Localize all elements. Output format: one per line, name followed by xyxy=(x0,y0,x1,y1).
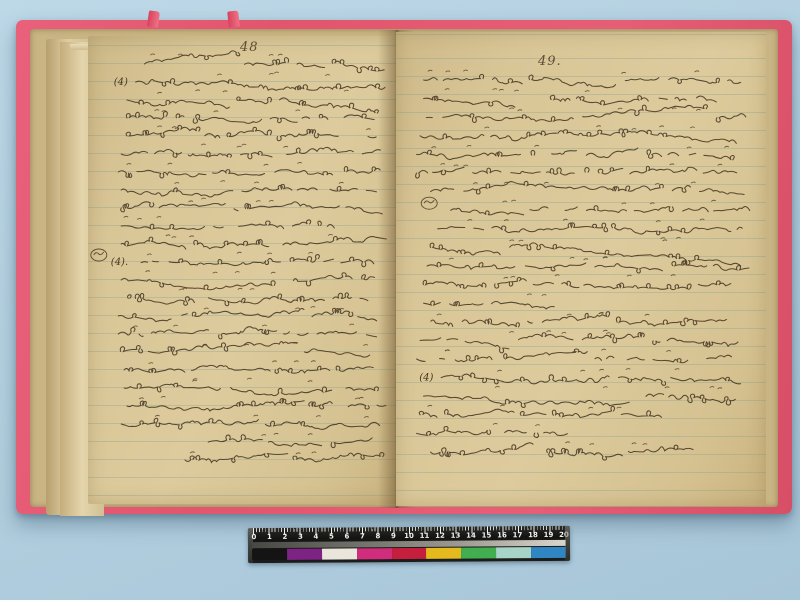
diacritic-stroke xyxy=(562,332,567,333)
handwritten-line xyxy=(424,301,555,309)
diacritic-stroke xyxy=(428,70,433,71)
diacritic-stroke xyxy=(262,325,267,326)
handwritten-line xyxy=(416,166,737,178)
diacritic-stroke xyxy=(567,314,572,315)
diacritic-stroke xyxy=(599,369,604,370)
ruler-number: 1 xyxy=(264,533,274,542)
diacritic-stroke xyxy=(695,71,700,72)
diacritic-stroke xyxy=(666,351,671,352)
handwritten-line xyxy=(431,443,693,460)
diacritic-stroke xyxy=(137,218,142,219)
diacritic-stroke xyxy=(659,126,664,127)
ruler-color-patches xyxy=(252,547,566,560)
diacritic-stroke xyxy=(312,452,317,453)
handwritten-line xyxy=(431,312,727,327)
diacritic-stroke xyxy=(696,109,701,110)
handwritten-line xyxy=(124,365,373,373)
diacritic-stroke xyxy=(493,423,498,424)
circled-annotation-scribble xyxy=(424,200,434,203)
color-patch xyxy=(461,547,496,558)
handwritten-line xyxy=(121,202,382,214)
diacritic-stroke xyxy=(221,181,226,182)
diacritic-stroke xyxy=(632,443,637,444)
diacritic-stroke xyxy=(601,349,606,350)
circled-annotation-scribble xyxy=(94,252,104,255)
handwritten-line xyxy=(121,236,386,249)
diacritic-stroke xyxy=(245,344,250,345)
diacritic-stroke xyxy=(497,370,502,371)
diacritic-stroke xyxy=(504,277,509,278)
diacritic-stroke xyxy=(157,92,162,93)
handwritten-line xyxy=(424,95,717,107)
diacritic-stroke xyxy=(622,203,627,204)
diacritic-stroke xyxy=(724,146,729,147)
diacritic-stroke xyxy=(535,145,540,146)
handwritten-line xyxy=(126,125,376,140)
diacritic-stroke xyxy=(364,417,369,418)
diacritic-stroke xyxy=(256,201,261,202)
margin-note: (4) xyxy=(114,77,128,88)
diacritic-stroke xyxy=(509,108,514,109)
diacritic-stroke xyxy=(700,219,705,220)
handwritten-line xyxy=(118,308,376,321)
diacritic-stroke xyxy=(192,380,197,381)
diacritic-stroke xyxy=(656,221,661,222)
diacritic-stroke xyxy=(485,127,490,128)
diacritic-stroke xyxy=(214,111,219,112)
diacritic-stroke xyxy=(166,235,171,236)
diacritic-stroke xyxy=(316,416,321,417)
diacritic-stroke xyxy=(665,387,670,388)
diacritic-stroke xyxy=(296,110,301,111)
diacritic-stroke xyxy=(718,164,723,165)
diacritic-stroke xyxy=(339,308,344,309)
diacritic-stroke xyxy=(366,129,371,130)
handwritten-line xyxy=(121,184,376,197)
diacritic-stroke xyxy=(278,54,283,55)
calibration-ruler: 01234567891011121314151617181920 xyxy=(248,526,570,563)
diacritic-stroke xyxy=(262,435,267,436)
diacritic-stroke xyxy=(168,163,173,164)
diacritic-stroke xyxy=(675,369,680,370)
ribbon-tab xyxy=(227,10,240,27)
diacritic-stroke xyxy=(269,55,274,56)
ruler-number: 14 xyxy=(466,532,476,541)
diacritic-stroke xyxy=(596,126,601,127)
diacritic-stroke xyxy=(632,129,637,130)
diacritic-stroke xyxy=(580,370,585,371)
handwritten-line xyxy=(424,394,736,408)
color-patch xyxy=(531,547,566,558)
diacritic-stroke xyxy=(606,333,611,334)
diacritic-stroke xyxy=(690,127,695,128)
diacritic-stroke xyxy=(563,219,568,220)
color-patch xyxy=(392,548,427,559)
diacritic-stroke xyxy=(518,110,523,111)
margin-note: (4) xyxy=(419,373,433,384)
diacritic-stroke xyxy=(437,314,442,315)
diacritic-stroke xyxy=(157,126,162,127)
diacritic-stroke xyxy=(267,253,272,254)
diacritic-stroke xyxy=(204,308,209,309)
handwritten-line xyxy=(426,105,745,123)
diacritic-stroke xyxy=(201,198,206,199)
diacritic-stroke xyxy=(584,259,589,260)
diacritic-stroke xyxy=(193,379,198,380)
diacritic-stroke xyxy=(250,289,255,290)
handwriting-tamil-left: (4)(4). xyxy=(88,36,396,504)
circled-annotation xyxy=(421,197,437,209)
diacritic-stroke xyxy=(247,378,252,379)
diacritic-stroke xyxy=(626,369,631,370)
ruler-number: 3 xyxy=(295,533,305,542)
diacritic-stroke xyxy=(271,272,276,273)
page-right: 49. (4) xyxy=(396,32,766,506)
diacritic-stroke xyxy=(237,252,242,253)
diacritic-stroke xyxy=(627,275,632,276)
handwritten-line xyxy=(424,74,741,87)
diacritic-stroke xyxy=(235,272,240,273)
ruler-number: 17 xyxy=(512,531,522,540)
diacritic-stroke xyxy=(237,146,242,147)
diacritic-stroke xyxy=(603,257,608,258)
diacritic-stroke xyxy=(519,240,524,241)
handwritten-line xyxy=(128,293,368,306)
diacritic-stroke xyxy=(718,388,723,389)
diacritic-stroke xyxy=(325,75,330,76)
diacritic-stroke xyxy=(645,314,650,315)
diacritic-stroke xyxy=(189,236,194,237)
handwritten-line xyxy=(136,79,385,91)
handwritten-line xyxy=(118,327,376,339)
handwritten-line xyxy=(121,273,374,290)
handwritten-line xyxy=(118,167,380,178)
diacritic-stroke xyxy=(463,165,468,166)
diacritic-stroke xyxy=(672,108,677,109)
diacritic-stroke xyxy=(274,72,279,73)
diacritic-stroke xyxy=(272,361,277,362)
diacritic-stroke xyxy=(189,201,194,202)
diacritic-stroke xyxy=(133,326,138,327)
handwritten-line xyxy=(185,453,384,463)
diacritic-stroke xyxy=(284,146,289,147)
diacritic-stroke xyxy=(254,415,259,416)
ruler-number: 6 xyxy=(342,532,352,541)
diacritic-stroke xyxy=(570,257,575,258)
diacritic-stroke xyxy=(589,407,594,408)
diacritic-stroke xyxy=(294,361,299,362)
diacritic-stroke xyxy=(264,164,269,165)
diacritic-stroke xyxy=(670,164,675,165)
diacritic-stroke xyxy=(504,220,509,221)
handwritten-line xyxy=(126,112,374,124)
ruler-number: 20 xyxy=(559,531,569,540)
diacritic-stroke xyxy=(463,70,468,71)
color-patch xyxy=(426,548,461,559)
diacritic-stroke xyxy=(687,147,692,148)
margin-note: (4). xyxy=(111,257,128,268)
diacritic-stroke xyxy=(339,182,344,183)
color-patch xyxy=(287,549,322,560)
diacritic-stroke xyxy=(157,217,162,218)
diacritic-stroke xyxy=(127,164,132,165)
diacritic-stroke xyxy=(493,89,498,90)
diacritic-stroke xyxy=(500,405,505,406)
color-patch xyxy=(496,547,531,558)
diacritic-stroke xyxy=(467,145,472,146)
diacritic-stroke xyxy=(691,182,696,183)
diacritic-stroke xyxy=(446,71,451,72)
diacritic-stroke xyxy=(173,325,178,326)
diacritic-stroke xyxy=(618,108,623,109)
diacritic-stroke xyxy=(544,182,549,183)
diacritic-stroke xyxy=(663,240,668,241)
handwritten-line xyxy=(121,147,380,158)
ruler-number: 12 xyxy=(435,532,445,541)
diacritic-stroke xyxy=(269,200,274,201)
diacritic-stroke xyxy=(161,396,166,397)
diacritic-stroke xyxy=(178,54,183,55)
ribbon-tab xyxy=(147,10,160,27)
diacritic-stroke xyxy=(509,332,514,333)
diacritic-stroke xyxy=(617,407,622,408)
diacritic-stroke xyxy=(535,425,540,426)
diacritic-stroke xyxy=(711,200,716,201)
diacritic-stroke xyxy=(511,276,515,277)
handwritten-line xyxy=(423,277,731,289)
diacritic-stroke xyxy=(139,398,144,399)
ruler-number: 5 xyxy=(326,533,336,542)
handwritten-line xyxy=(417,426,568,437)
ruler-number: 18 xyxy=(528,531,538,540)
diacritic-stroke xyxy=(710,387,715,388)
ruler-number: 7 xyxy=(357,532,367,541)
diacritic-stroke xyxy=(147,254,152,255)
diacritic-stroke xyxy=(590,444,595,445)
diacritic-stroke xyxy=(269,73,274,74)
diacritic-stroke xyxy=(146,271,151,272)
diacritic-stroke xyxy=(149,363,154,364)
diacritic-stroke xyxy=(155,110,160,111)
handwritten-line xyxy=(208,435,382,448)
diacritic-stroke xyxy=(621,72,626,73)
diacritic-stroke xyxy=(454,165,459,166)
handwritten-line xyxy=(419,406,661,417)
diacritic-stroke xyxy=(542,295,547,296)
diacritic-stroke xyxy=(213,272,218,273)
handwritten-line xyxy=(141,255,374,267)
diacritic-stroke xyxy=(546,331,551,332)
diacritic-stroke xyxy=(296,453,301,454)
diacritic-stroke xyxy=(274,433,279,434)
handwritten-line xyxy=(124,383,378,395)
diacritic-stroke xyxy=(311,307,316,308)
diacritic-stroke xyxy=(242,144,247,145)
handwriting-tamil-right: (4) xyxy=(396,32,766,506)
diacritic-stroke xyxy=(599,313,604,314)
diacritic-stroke xyxy=(603,387,608,388)
color-patch xyxy=(252,549,287,560)
ruler-number: 0 xyxy=(249,533,259,542)
diacritic-stroke xyxy=(671,275,676,276)
handwritten-line xyxy=(427,261,749,273)
handwritten-line xyxy=(417,148,743,160)
ruler-number: 9 xyxy=(388,532,398,541)
diacritic-stroke xyxy=(527,294,532,295)
color-patch xyxy=(322,548,357,559)
diacritic-stroke xyxy=(344,90,349,91)
diacritic-stroke xyxy=(311,361,316,362)
ruler-number: 19 xyxy=(543,531,553,540)
ruler-number: 11 xyxy=(419,532,429,541)
color-patch xyxy=(357,548,392,559)
manuscript-book: 48 (4)(4). 49. (4) xyxy=(16,20,792,514)
diacritic-stroke xyxy=(295,308,300,309)
diacritic-stroke xyxy=(217,74,222,75)
diacritic-stroke xyxy=(308,434,313,435)
ruler-number: 2 xyxy=(280,533,290,542)
diacritic-stroke xyxy=(495,386,500,387)
diacritic-stroke xyxy=(565,442,570,443)
diacritic-stroke xyxy=(308,381,313,382)
diacritic-stroke xyxy=(349,324,354,325)
ruler-number: 10 xyxy=(404,532,414,541)
manuscript-photograph: 48 (4)(4). 49. (4) 012345678910111213141… xyxy=(0,0,800,600)
handwritten-line xyxy=(127,399,386,411)
diacritic-stroke xyxy=(650,203,655,204)
diacritic-stroke xyxy=(585,91,590,92)
diacritic-stroke xyxy=(468,220,473,221)
diacritic-stroke xyxy=(196,90,201,91)
diacritic-stroke xyxy=(555,275,560,276)
diacritic-stroke xyxy=(363,345,368,346)
diacritic-stroke xyxy=(328,234,333,235)
diacritic-stroke xyxy=(190,452,195,453)
diacritic-stroke xyxy=(603,330,608,331)
handwritten-line xyxy=(438,223,743,235)
diacritic-stroke xyxy=(473,183,478,184)
diacritic-stroke xyxy=(445,89,450,90)
diacritic-stroke xyxy=(254,182,258,183)
diacritic-stroke xyxy=(238,288,243,289)
handwritten-line xyxy=(121,418,379,429)
handwritten-line xyxy=(441,373,740,385)
diacritic-stroke xyxy=(183,288,188,289)
diacritic-stroke xyxy=(175,183,180,184)
handwritten-line xyxy=(120,342,380,358)
page-left: 48 (4)(4). xyxy=(88,36,396,504)
handwritten-line xyxy=(451,206,750,215)
diacritic-stroke xyxy=(223,91,228,92)
diacritic-stroke xyxy=(499,89,504,90)
ruler-number: 13 xyxy=(450,532,460,541)
diacritic-stroke xyxy=(355,398,360,399)
ruler-number: 4 xyxy=(311,533,321,542)
diacritic-stroke xyxy=(643,444,648,445)
diacritic-stroke xyxy=(445,350,450,351)
diacritic-stroke xyxy=(172,127,177,128)
diacritic-stroke xyxy=(201,144,206,145)
circled-annotation xyxy=(91,249,107,261)
diacritic-stroke xyxy=(449,258,454,259)
diacritic-stroke xyxy=(510,240,515,241)
diacritic-stroke xyxy=(655,184,660,185)
diacritic-stroke xyxy=(150,54,155,55)
diacritic-stroke xyxy=(441,164,446,165)
diacritic-stroke xyxy=(297,162,302,163)
diacritic-stroke xyxy=(503,201,508,202)
diacritic-stroke xyxy=(155,415,160,416)
diacritic-stroke xyxy=(432,147,437,148)
diacritic-stroke xyxy=(172,237,177,238)
handwritten-line xyxy=(430,243,740,266)
diacritic-stroke xyxy=(676,237,681,238)
diacritic-stroke xyxy=(661,238,666,239)
diacritic-stroke xyxy=(514,90,519,91)
ruler-number: 15 xyxy=(481,531,491,540)
handwritten-line xyxy=(121,220,334,230)
diacritic-stroke xyxy=(511,200,516,201)
ruler-number: 16 xyxy=(497,531,507,540)
diacritic-stroke xyxy=(308,252,313,253)
diacritic-stroke xyxy=(124,216,129,217)
ruler-number: 8 xyxy=(373,532,383,541)
handwritten-line xyxy=(420,333,738,353)
diacritic-stroke xyxy=(428,405,433,406)
handwritten-line xyxy=(420,129,736,143)
